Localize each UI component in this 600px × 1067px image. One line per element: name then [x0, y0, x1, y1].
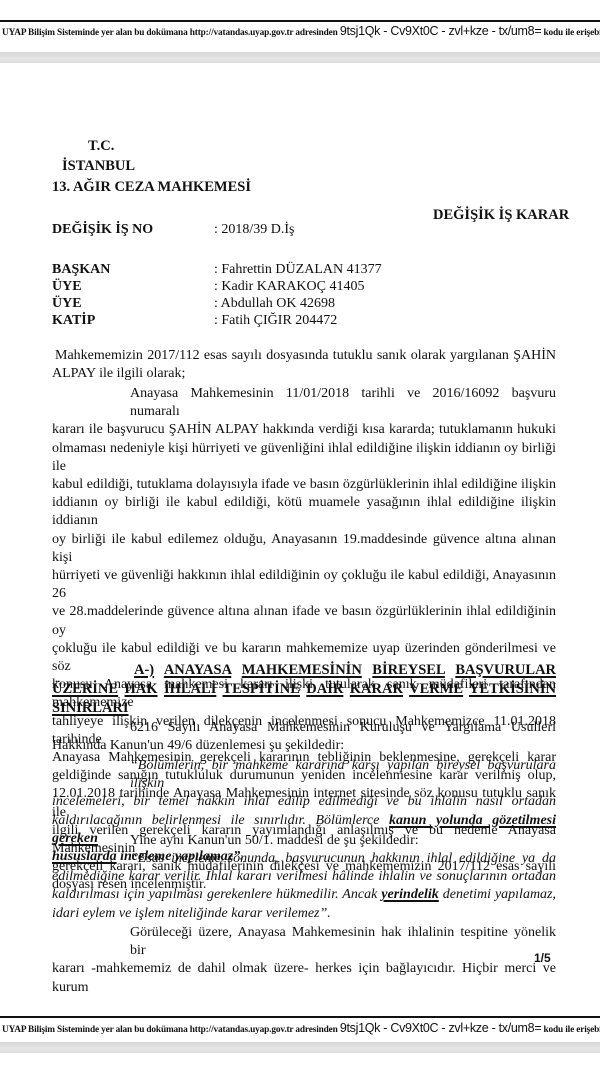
verification-suffix: kodu ile erişebilirsiniz. [544, 28, 600, 38]
panel-role: BAŞKAN [52, 262, 110, 278]
section-title-word: ÜZERİNE [52, 681, 118, 697]
verification-prefix: UYAP Bilişim Sisteminde yer alan bu dokü… [2, 1025, 338, 1035]
paragraph-line: hürriyeti ve güvenliği hakkının ihlal ed… [52, 567, 556, 603]
case-number-label: DEĞİŞİK İŞ NO [52, 222, 153, 238]
paragraph-4: Görüleceği üzere, Anayasa Mahkemesinin h… [52, 924, 556, 997]
paragraph-3: Yine aynı Kanun'un 50/1. maddesi de şu ş… [52, 832, 556, 850]
paragraph-line: kararı ile başvurucu ŞAHİN ALPAY hakkınd… [52, 421, 556, 439]
verification-banner-top: UYAP Bilişim Sisteminde yer alan bu dokü… [2, 24, 598, 38]
section-a-title: A-) ANAYASA MAHKEMESİNİN BİREYSEL BAŞVUR… [52, 661, 556, 718]
top-rule [0, 20, 600, 22]
paragraph-line: olmaması nedeniyle kişi hürriyeti ve güv… [52, 440, 556, 476]
page-separator [0, 1042, 600, 1053]
paragraph-line: iddianın oy birliği ile kabul edildiği, … [52, 494, 556, 530]
section-title-word: MAHKEMESİNİN [242, 662, 362, 678]
section-title-word: A-) [134, 662, 154, 678]
section-title-word: HAK [125, 681, 158, 697]
paragraph-line: Anayasa Mahkemesinin 11/01/2018 tarihli … [52, 385, 556, 421]
verification-code: 9tsj1Qk - Cv9Xt0C - zvl+kze - tx/um8= [340, 24, 541, 38]
section-title-word: TESPİTİNE [223, 681, 300, 697]
page-separator [0, 52, 600, 63]
paragraph-line: ve 28.maddelerinde güvence altına alınan… [52, 603, 556, 639]
section-title-word: BİREYSEL [372, 662, 445, 678]
panel-name: : Fatih ÇIĞIR 204472 [214, 313, 337, 329]
case-number-value: : 2018/39 D.İş [214, 222, 295, 238]
paragraph-line: kabul edildiği, tutuklama dolayısıyla if… [52, 476, 556, 494]
panel-name: : Fahrettin DÜZALAN 41377 [214, 262, 382, 278]
panel-role: ÜYE [52, 296, 82, 312]
panel-role: ÜYE [52, 279, 82, 295]
emphasis-underlined: yerindelik [381, 887, 439, 902]
verification-suffix: kodu ile erişebilirsiniz. [544, 1025, 600, 1035]
panel-name: : Abdullah OK 42698 [214, 296, 335, 312]
intro-paragraph: Mahkememizin 2017/112 esas sayılı dosyas… [52, 347, 556, 383]
document-type: DEĞİŞİK İŞ KARAR [433, 207, 569, 224]
verification-prefix: UYAP Bilişim Sisteminde yer alan bu dokü… [2, 28, 338, 38]
section-title-word: ANAYASA [164, 662, 231, 678]
section-title-word: BAŞVURULAR [455, 662, 556, 678]
section-title-word: İHLALİ [164, 681, 216, 697]
quote-article-50-1: “Esas inceleme sonunda, başvurucunun hak… [52, 850, 556, 923]
panel-role: KATİP [52, 313, 95, 329]
verification-code: 9tsj1Qk - Cv9Xt0C - zvl+kze - tx/um8= [340, 1021, 541, 1035]
verification-banner-bottom: UYAP Bilişim Sisteminde yer alan bu dokü… [2, 1021, 598, 1035]
section-title-word: KARAR [350, 681, 403, 697]
section-title-word: VERME [409, 681, 463, 697]
section-title-word: DAİR [306, 681, 343, 697]
section-title-word: YETKİSİNİN [469, 681, 556, 697]
panel-name: : Kadir KARAKOÇ 41405 [214, 279, 365, 295]
header-city: İSTANBUL [62, 158, 135, 175]
bottom-rule [0, 1016, 600, 1018]
paragraph-line: oy birliği ile kabul edilemez olduğu, An… [52, 531, 556, 567]
page-number: 1/5 [534, 951, 551, 965]
paragraph-2: 6216 Sayılı Anayasa Mahkemesinin Kuruluş… [52, 719, 556, 755]
section-title-word: SINIRLARI [52, 700, 129, 716]
header-tc: T.C. [88, 138, 114, 155]
header-court: 13. AĞIR CEZA MAHKEMESİ [52, 179, 251, 196]
